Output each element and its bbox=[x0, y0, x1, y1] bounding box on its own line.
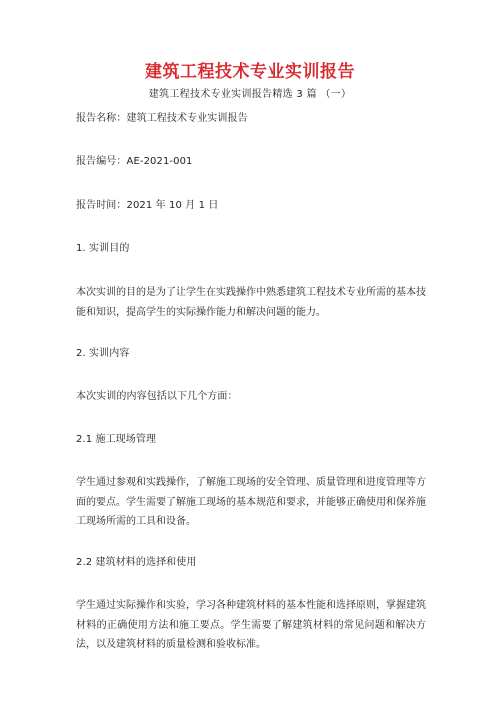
report-number: 报告编号：AE-2021-001 bbox=[76, 152, 436, 172]
section-heading-purpose: 1. 实训目的 bbox=[76, 239, 436, 259]
section-body-materials: 学生通过实际操作和实验，学习各种建筑材料的基本性能和选择原则，掌握建筑材料的正确… bbox=[76, 596, 426, 655]
section-body-site-management: 学生通过参观和实践操作，了解施工现场的安全管理、质量管理和进度管理等方面的要点。… bbox=[76, 473, 426, 532]
report-date: 报告时间：2021 年 10 月 1 日 bbox=[76, 196, 436, 216]
report-name: 报告名称：建筑工程技术专业实训报告 bbox=[76, 109, 436, 129]
section-heading-materials: 2.2 建筑材料的选择和使用 bbox=[76, 553, 436, 573]
document-title: 建筑工程技术专业实训报告 bbox=[0, 61, 500, 83]
document-subtitle: 建筑工程技术专业实训报告精选 3 篇 （一） bbox=[0, 88, 500, 102]
section-body-purpose: 本次实训的目的是为了让学生在实践操作中熟悉建筑工程技术专业所需的基本技能和知识，… bbox=[76, 283, 426, 322]
section-heading-content: 2. 实训内容 bbox=[76, 344, 436, 364]
section-body-content: 本次实训的内容包括以下几个方面： bbox=[76, 387, 436, 407]
document-page: 建筑工程技术专业实训报告 建筑工程技术专业实训报告精选 3 篇 （一） 报告名称… bbox=[0, 0, 500, 707]
section-heading-site-management: 2.1 施工现场管理 bbox=[76, 430, 436, 450]
